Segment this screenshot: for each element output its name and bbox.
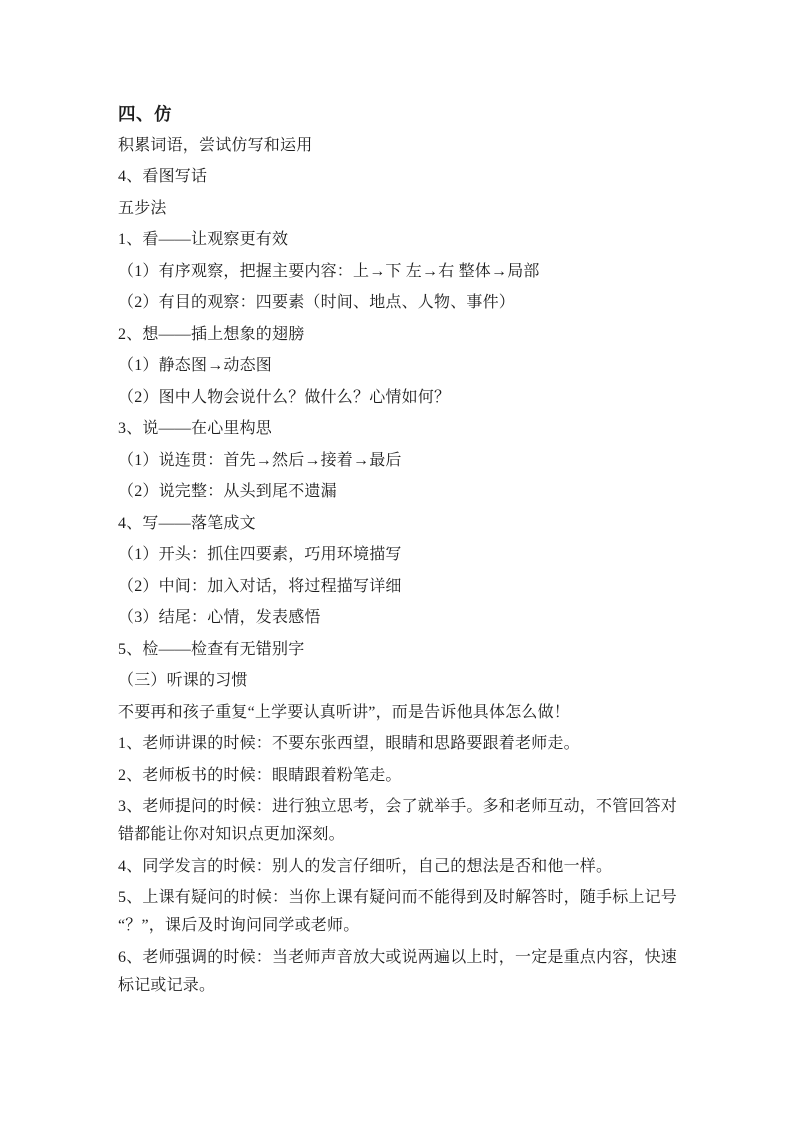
section-heading: 四、仿 [118,100,675,128]
text-line: 3、说——在心里构思 [118,415,675,443]
text-line-continuation: 标记或记录。 [118,972,675,1000]
text-line: 3、老师提问的时候：进行独立思考，会了就举手。多和老师互动，不管回答对 [118,793,675,821]
text-line: （2）图中人物会说什么？做什么？心情如何？ [118,384,675,412]
text-line: （2）有目的观察：四要素（时间、地点、人物、事件） [118,289,675,317]
text-line: （1）静态图→动态图 [118,352,675,380]
text-line: 5、检——检查有无错别字 [118,636,675,664]
document-content: 四、仿 积累词语，尝试仿写和运用 4、看图写话 五步法 1、看——让观察更有效 … [118,100,675,1000]
text-line: 6、老师强调的时候：当老师声音放大或说两遍以上时，一定是重点内容，快速 [118,944,675,972]
text-line: 4、看图写话 [118,163,675,191]
text-line: 5、上课有疑问的时候：当你上课有疑问而不能得到及时解答时，随手标上记号 [118,884,675,912]
text-line: （1）有序观察，把握主要内容：上→下 左→右 整体→局部 [118,258,675,286]
text-line: 不要再和孩子重复“上学要认真听讲”，而是告诉他具体怎么做！ [118,699,675,727]
text-line-continuation: 错都能让你对知识点更加深刻。 [118,821,675,849]
text-line: （2）说完整：从头到尾不遗漏 [118,478,675,506]
text-line: 2、老师板书的时候：眼睛跟着粉笔走。 [118,762,675,790]
text-line: 2、想——插上想象的翅膀 [118,321,675,349]
document-page: 四、仿 积累词语，尝试仿写和运用 4、看图写话 五步法 1、看——让观察更有效 … [0,0,793,1122]
text-line: 4、同学发言的时候：别人的发言仔细听，自己的想法是否和他一样。 [118,853,675,881]
text-line: （2）中间：加入对话，将过程描写详细 [118,573,675,601]
text-line: （三）听课的习惯 [118,667,675,695]
text-line: （3）结尾：心情，发表感悟 [118,604,675,632]
text-line: 1、看——让观察更有效 [118,226,675,254]
text-line: 五步法 [118,195,675,223]
text-line-continuation: “？”，课后及时询问同学或老师。 [118,912,675,940]
text-line: （1）说连贯：首先→然后→接着→最后 [118,447,675,475]
text-line: 1、老师讲课的时候：不要东张西望，眼睛和思路要跟着老师走。 [118,730,675,758]
text-line: （1）开头：抓住四要素，巧用环境描写 [118,541,675,569]
text-line: 积累词语，尝试仿写和运用 [118,132,675,160]
text-line: 4、写——落笔成文 [118,510,675,538]
